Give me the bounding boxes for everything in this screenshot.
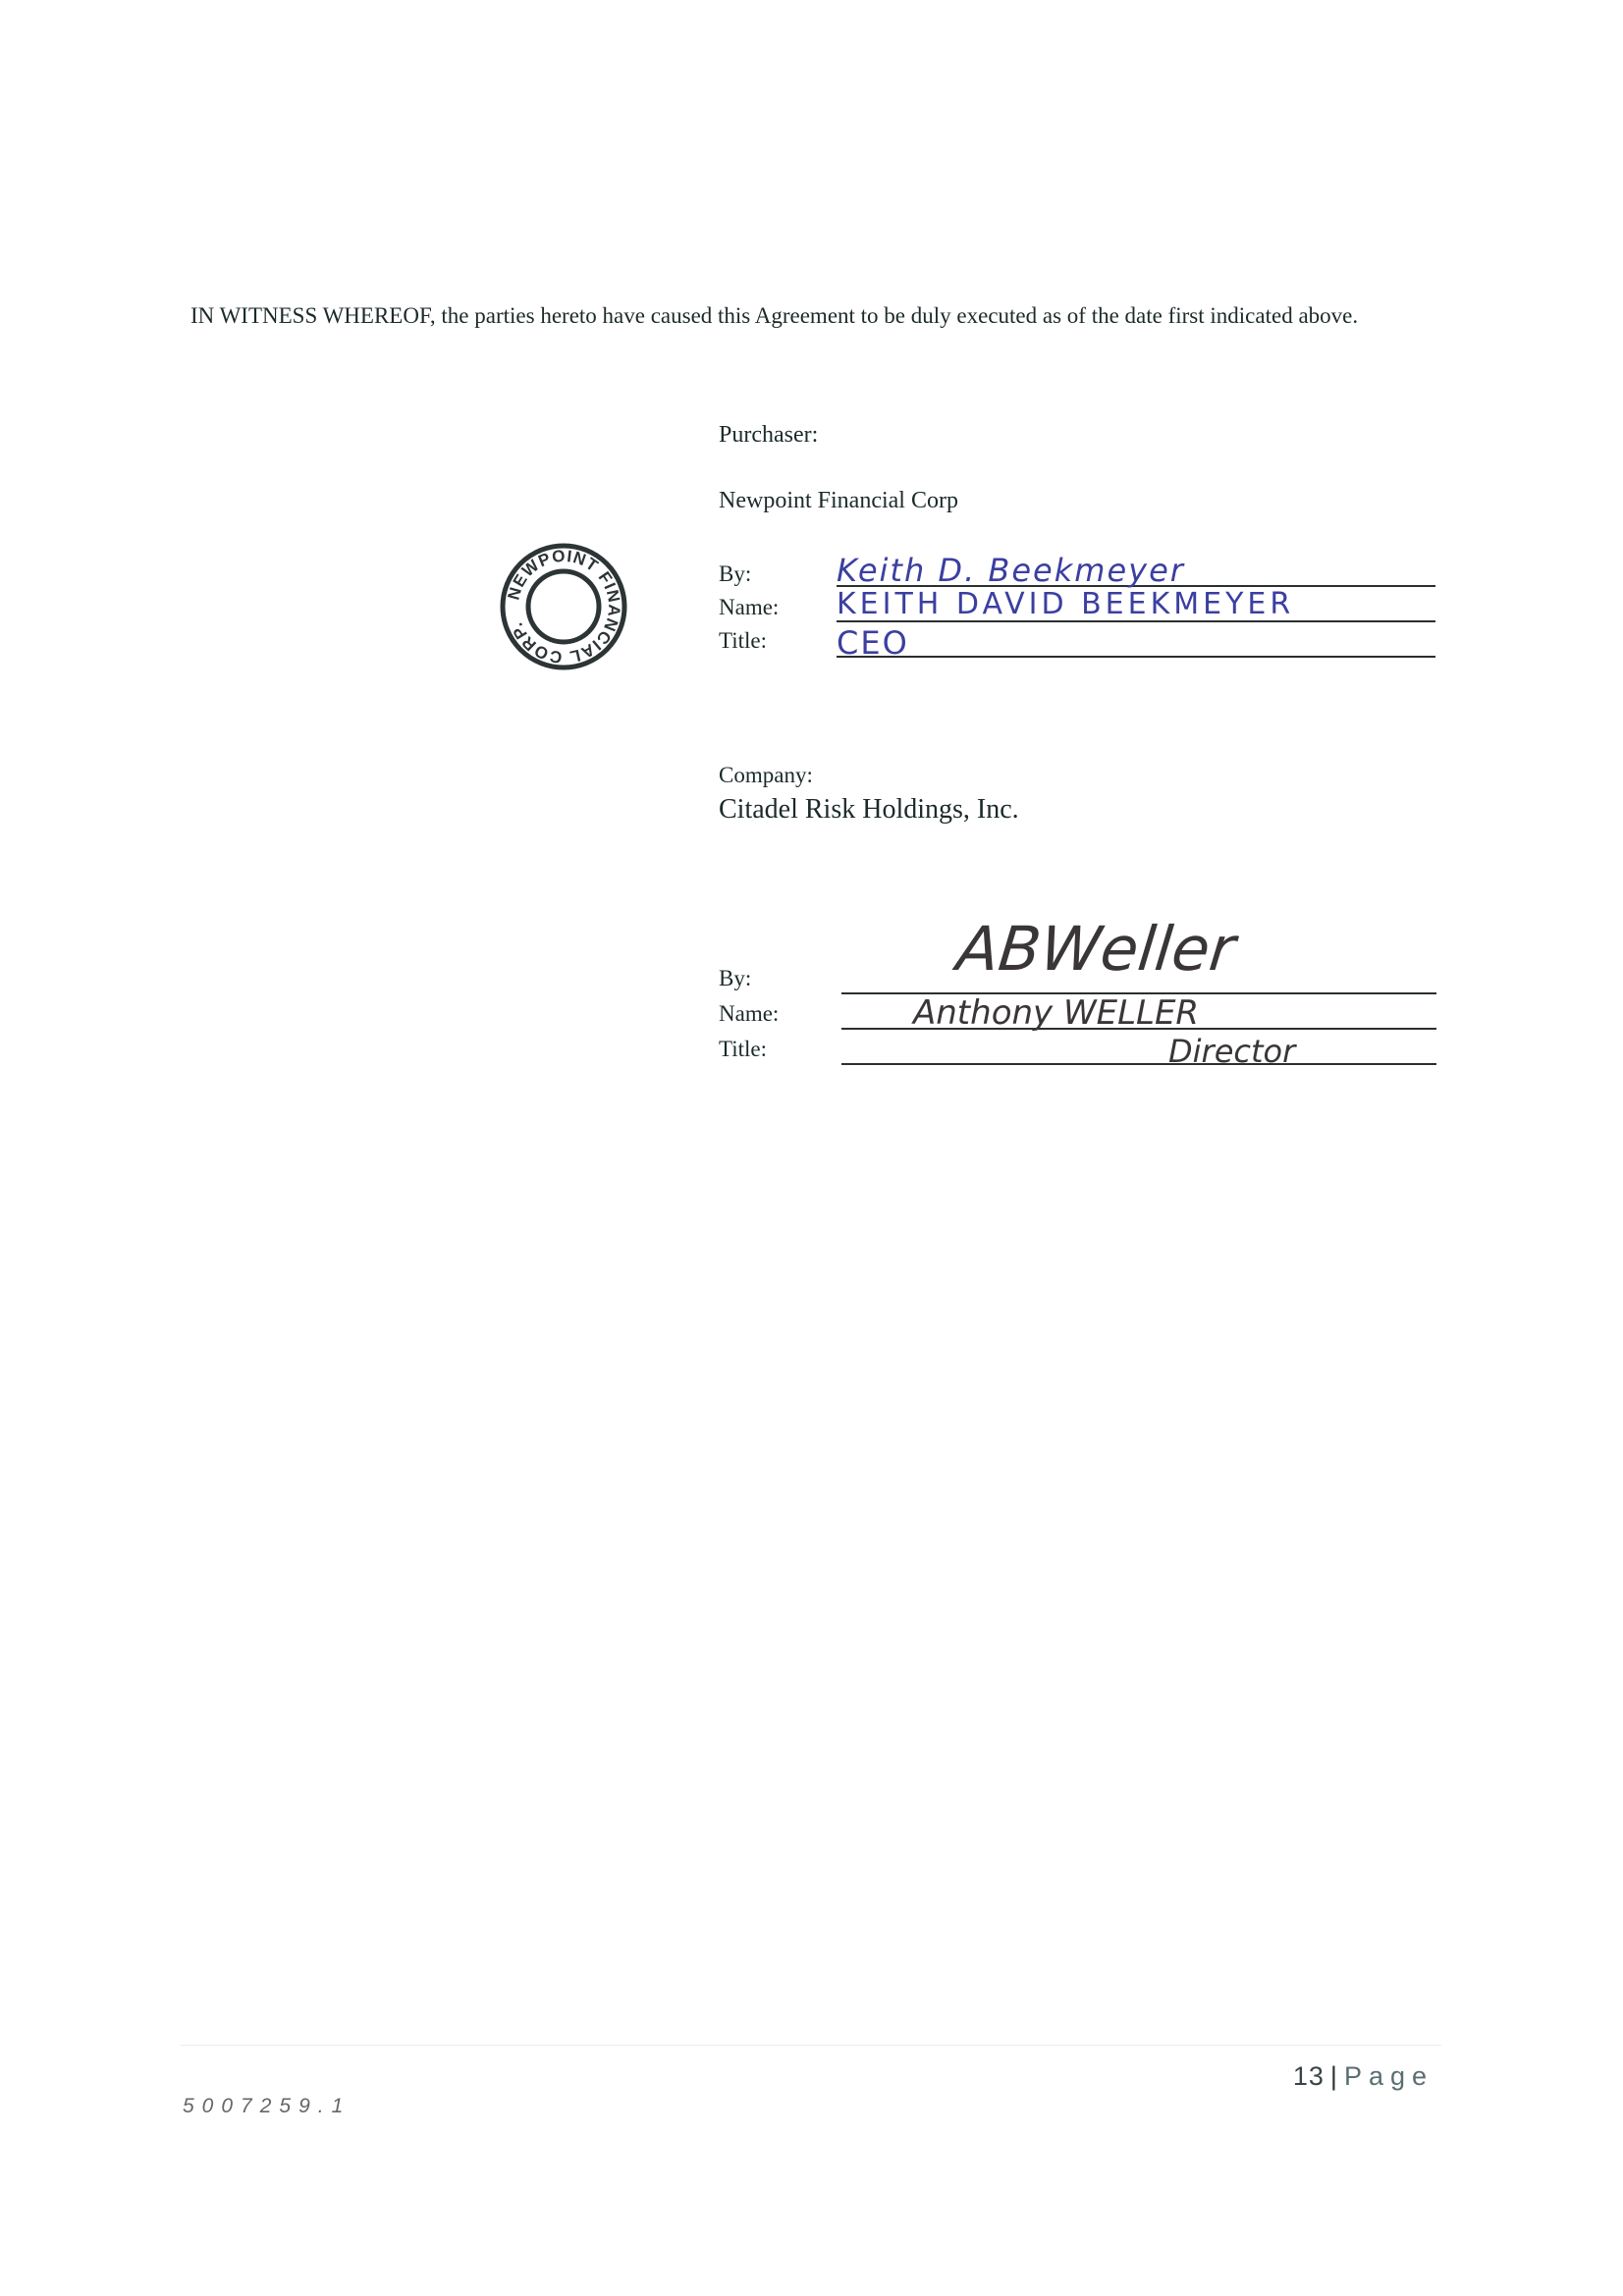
page-number: 13|Page <box>1293 2061 1434 2092</box>
purchaser-by-label: By: <box>719 561 751 587</box>
purchaser-title-line <box>837 656 1435 658</box>
company-entity: Citadel Risk Holdings, Inc. <box>719 794 1019 826</box>
company-title-label: Title: <box>719 1037 767 1062</box>
company-by-label: By: <box>719 966 751 991</box>
purchaser-entity: Newpoint Financial Corp <box>719 488 958 514</box>
purchaser-heading: Purchaser: <box>719 422 818 449</box>
footer-divider <box>180 2045 1441 2046</box>
purchaser-title-handwritten: CEO <box>837 624 909 662</box>
page-label: Page <box>1344 2061 1434 2091</box>
company-name-handwritten: Anthony WELLER <box>913 993 1199 1033</box>
purchaser-name-label: Name: <box>719 595 779 620</box>
purchaser-title-label: Title: <box>719 628 767 654</box>
page-separator: | <box>1330 2061 1338 2091</box>
page-number-value: 13 <box>1293 2061 1325 2091</box>
company-title-line <box>841 1063 1436 1065</box>
company-signature: ABWeller <box>953 913 1238 985</box>
witness-clause: IN WITNESS WHEREOF, the parties hereto h… <box>190 299 1408 332</box>
company-title-handwritten: Director <box>1168 1033 1295 1070</box>
purchaser-signature: Keith D. Beekmeyer <box>837 552 1185 589</box>
corporate-seal-icon: NEWPOINT FINANCIAL CORP. <box>499 542 628 671</box>
purchaser-name-handwritten: KEITH DAVID BEEKMEYER <box>837 587 1294 621</box>
company-name-label: Name: <box>719 1001 779 1027</box>
company-heading: Company: <box>719 763 813 788</box>
document-id: 5007259.1 <box>183 2095 351 2118</box>
